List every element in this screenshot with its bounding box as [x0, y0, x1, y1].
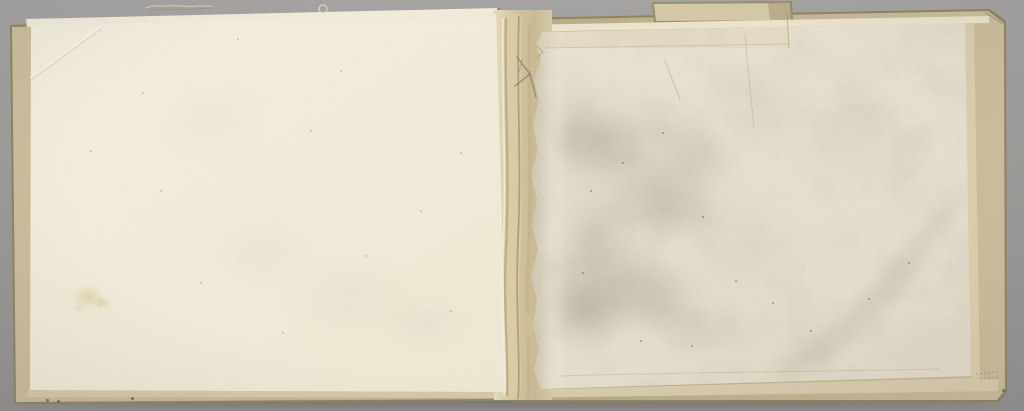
photo-open-album	[0, 0, 1024, 411]
photo-vignette	[0, 0, 1024, 411]
